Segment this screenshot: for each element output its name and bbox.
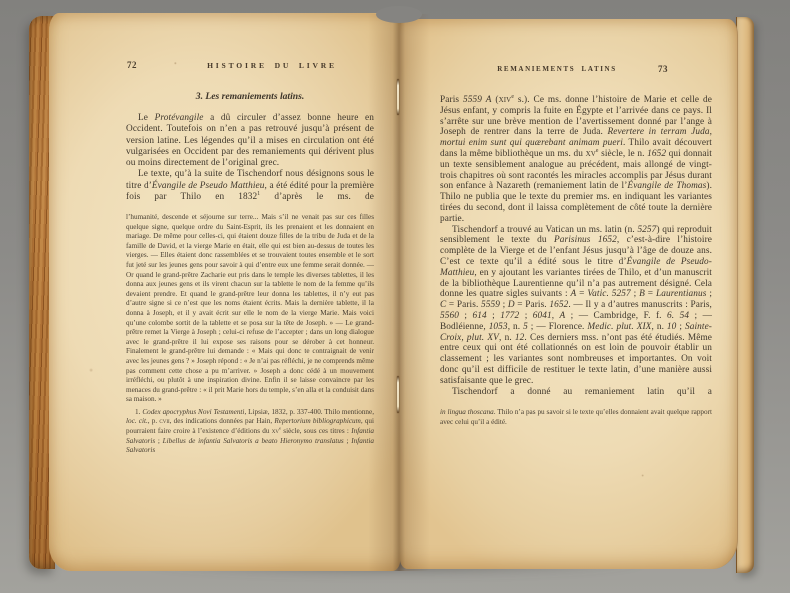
footnote-continuation: l’humanité, descende et séjourne sur ter… <box>126 213 374 405</box>
paragraph: Le texte, qu’à la suite de Tischendorf n… <box>126 169 374 203</box>
binding-stitch-bottom <box>397 376 399 413</box>
footnote-right: in lingua thoscana. Thilo n’a pas pu sav… <box>440 408 712 427</box>
page-number-right: 73 <box>658 64 668 74</box>
open-book-photo: 72 HISTOIRE DU LIVRE 3. Les remaniements… <box>0 0 790 593</box>
running-header-right: REMANIEMENTS LATINS <box>421 65 693 73</box>
left-page-content: 72 HISTOIRE DU LIVRE 3. Les remaniements… <box>126 60 374 456</box>
right-page-header: REMANIEMENTS LATINS 73 <box>440 64 712 75</box>
running-header-left: HISTOIRE DU LIVRE <box>148 61 396 70</box>
right-page-content: REMANIEMENTS LATINS 73 Paris 5559 A (xiv… <box>440 64 712 428</box>
paragraph: Tischendorf a donné au remaniement latin… <box>440 387 712 398</box>
gutter-top-dip <box>376 6 422 23</box>
paragraph: Le Protévangile a dû circuler d’assez bo… <box>126 113 374 169</box>
section-title: 3. Les remaniements latins. <box>126 91 374 102</box>
footnote-1: 1. Codex apocryphus Novi Testamenti, Lip… <box>126 408 374 456</box>
right-cover-edge <box>736 17 754 573</box>
paragraph: Paris 5559 A (xive s.). Ce ms. donne l’h… <box>440 95 712 225</box>
binding-stitch-top <box>397 79 399 115</box>
paragraph: Tischendorf a trouvé au Vatican un ms. l… <box>440 225 712 387</box>
page-number-left: 72 <box>127 60 137 70</box>
left-page-header: 72 HISTOIRE DU LIVRE <box>126 60 374 71</box>
